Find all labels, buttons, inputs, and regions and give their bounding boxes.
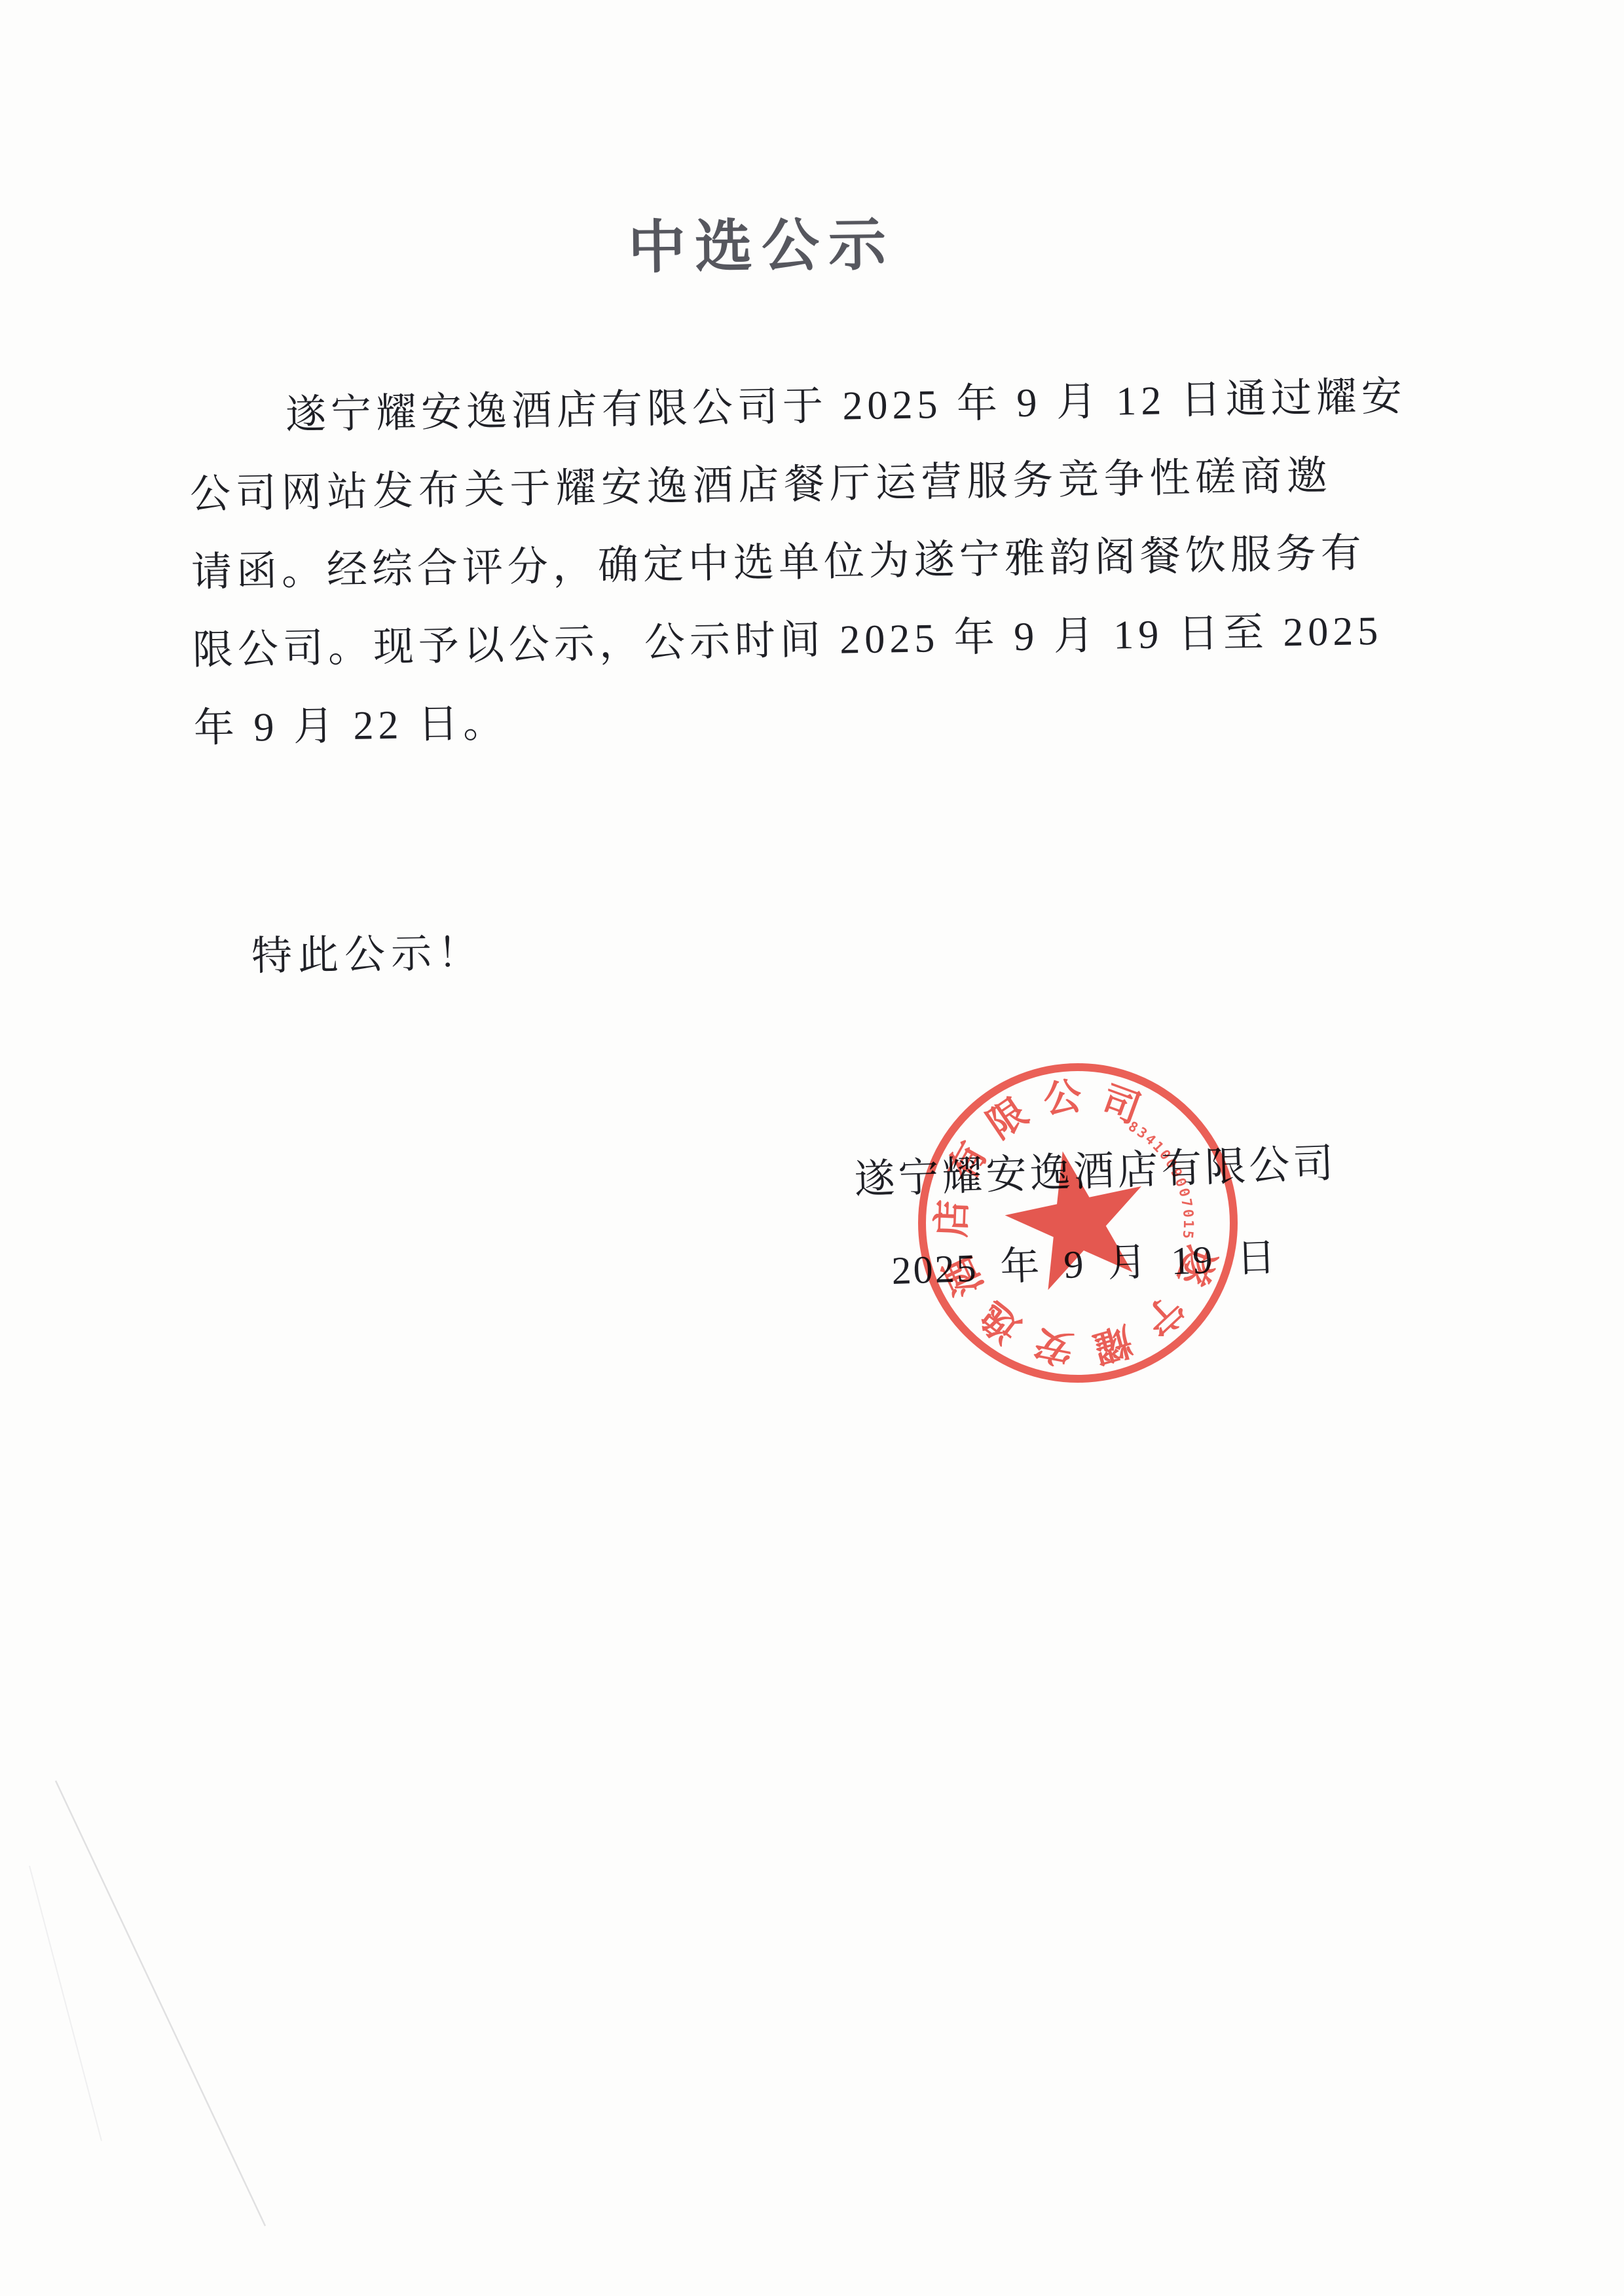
- scan-scratch-line: [29, 1866, 101, 2141]
- seal-serial-digit: 7: [1178, 1197, 1195, 1209]
- document-title: 中选公示: [191, 193, 1332, 289]
- document-page: 中选公示 遂宁耀安逸酒店有限公司于 2025 年 9 月 12 日通过耀安 公司…: [0, 0, 1624, 2296]
- seal-serial-digit: 0: [1175, 1186, 1193, 1199]
- body-paragraph: 遂宁耀安逸酒店有限公司于 2025 年 9 月 12 日通过耀安 公司网站发布关…: [188, 359, 1337, 768]
- seal-star-icon: [1005, 1151, 1141, 1290]
- seal-serial-digit: 5: [1179, 1230, 1196, 1239]
- seal-ring-character: 遂: [1170, 1241, 1223, 1292]
- scan-scratch-line: [56, 1781, 265, 2226]
- scanned-document-page: { "document": { "title": "中选公示", "body_l…: [0, 0, 1624, 2296]
- seal-serial-digit: 1: [1181, 1220, 1196, 1228]
- seal-ring-character: 酒: [936, 1250, 991, 1302]
- closing-statement: 特此公示！: [191, 913, 906, 983]
- company-seal-stamp: 遂宁耀安逸酒店有限公司5107009001438: [914, 1059, 1242, 1387]
- seal-ring-character: 安: [1031, 1322, 1077, 1371]
- seal-ring-character: 公: [1041, 1074, 1084, 1121]
- scan-fold-artifacts: [0, 0, 1624, 2296]
- seal-serial-digit: 0: [1180, 1209, 1196, 1218]
- seal-ring-character: 耀: [1088, 1319, 1137, 1370]
- seal-ring-character: 店: [930, 1199, 974, 1238]
